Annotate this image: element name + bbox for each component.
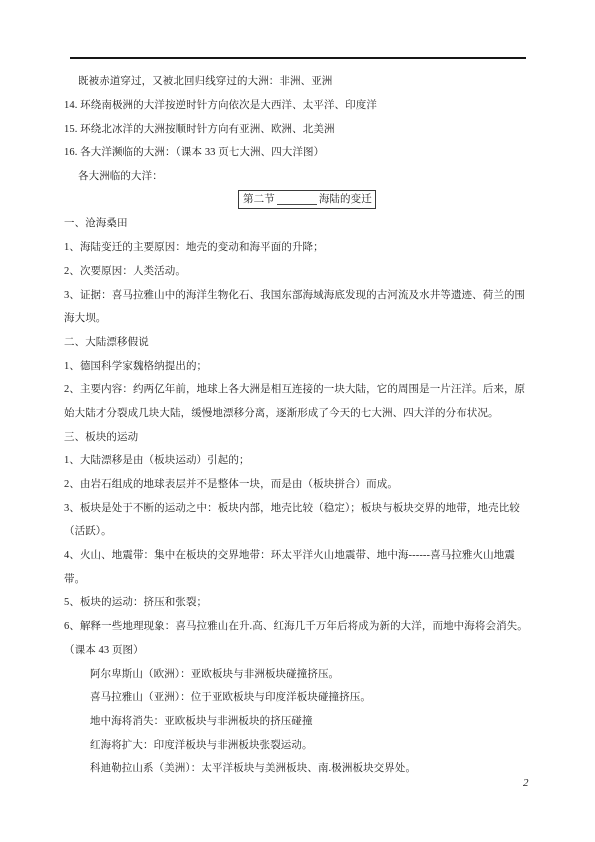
text-line: 1、大陆漂移是由（板块运动）引起的； — [0, 448, 595, 472]
text-line: （课本 43 页图） — [0, 638, 595, 662]
text-line: 地中海将消失：亚欧板块与非洲板块的挤压碰撞 — [0, 709, 595, 733]
text-line: 3、证据：喜马拉雅山中的海洋生物化石、我国东部海域海底发现的古河流及水井等遗迹、… — [0, 282, 595, 306]
page-number: 2 — [523, 777, 529, 789]
text-line: 各大洲临的大洋： — [0, 164, 595, 188]
document-content: 既被赤道穿过，又被北回归线穿过的大洲：非洲、亚洲14. 环绕南极洲的大洋按逆时针… — [0, 69, 595, 780]
text-line: 带。 — [0, 566, 595, 590]
text-line: 一、沧海桑田 — [0, 211, 595, 235]
text-line: 三、板块的运动 — [0, 424, 595, 448]
text-line: 14. 环绕南极洲的大洋按逆时针方向依次是大西洋、太平洋、印度洋 — [0, 93, 595, 117]
text-line: 2、由岩石组成的地球表层并不是整体一块，而是由（板块拼合）而成。 — [0, 472, 595, 496]
section-number: 第二节 — [243, 193, 275, 206]
text-line: 1、德国科学家魏格纳提出的； — [0, 353, 595, 377]
text-line: 3、板块是处于不断的运动之中：板块内部，地壳比较（稳定）；板块与板块交界的地带，… — [0, 495, 595, 519]
text-line: 科迪勒拉山系（美洲）：太平洋板块与美洲板块、南.极洲板块交界处。 — [0, 756, 595, 780]
header-rule — [70, 57, 526, 59]
document-page: 既被赤道穿过，又被北回归线穿过的大洲：非洲、亚洲14. 环绕南极洲的大洋按逆时针… — [0, 0, 595, 842]
text-line: （活跃）。 — [0, 519, 595, 543]
text-line: 喜马拉雅山（亚洲）：位于亚欧板块与印度洋板块碰撞挤压。 — [0, 685, 595, 709]
text-line: 阿尔卑斯山（欧洲）：亚欧板块与非洲板块碰撞挤压。 — [0, 661, 595, 685]
text-line: 始大陆才分裂成几块大陆，缓慢地漂移分离，逐渐形成了今天的七大洲、四大洋的分布状况… — [0, 401, 595, 425]
section-title-line: 第二节海陆的变迁 — [0, 187, 595, 211]
text-line: 红海将扩大：印度洋板块与非洲板块张裂运动。 — [0, 732, 595, 756]
text-line: 1、海陆变迁的主要原因：地壳的变动和海平面的升降； — [0, 235, 595, 259]
text-line: 既被赤道穿过，又被北回归线穿过的大洲：非洲、亚洲 — [0, 69, 595, 93]
text-line: 4、火山、地震带：集中在板块的交界地带：环太平洋火山地震带、地中海------喜… — [0, 543, 595, 567]
text-line: 16. 各大洋濒临的大洲：（课本 33 页七大洲、四大洋图） — [0, 140, 595, 164]
text-line: 2、次要原因：人类活动。 — [0, 259, 595, 283]
text-line: 2、主要内容：约两亿年前，地球上各大洲是相互连接的一块大陆，它的周围是一片汪洋。… — [0, 377, 595, 401]
title-blank-underline — [277, 193, 317, 205]
text-line: 5、板块的运动：挤压和张裂； — [0, 590, 595, 614]
text-line: 海大坝。 — [0, 306, 595, 330]
text-line: 二、大陆漂移假说 — [0, 330, 595, 354]
text-line: 15. 环绕北冰洋的大洲按顺时针方向有亚洲、欧洲、北美洲 — [0, 116, 595, 140]
section-name: 海陆的变迁 — [319, 193, 372, 206]
section-title-box: 第二节海陆的变迁 — [238, 190, 376, 209]
text-line: 6、解释一些地理现象：喜马拉雅山在升.高、红海几千万年后将成为新的大洋，而地中海… — [0, 614, 595, 638]
